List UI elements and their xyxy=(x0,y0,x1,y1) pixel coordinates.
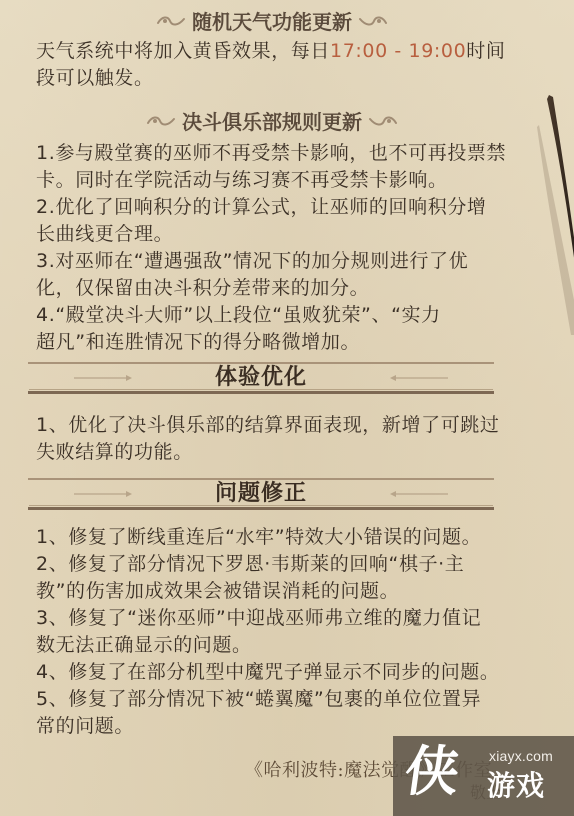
fix-line: 数无法正确显示的问题。 xyxy=(36,632,498,659)
site-watermark: 侠 xiayx.com 游戏 xyxy=(393,736,574,816)
fix-line: 4、修复了在部分机型中魔咒子弹显示不同步的问题。 xyxy=(36,659,498,686)
experience-banner: 体验优化 xyxy=(28,362,494,394)
weather-line-2: 段可以触发。 xyxy=(36,65,498,92)
experience-body: 1、优化了决斗俱乐部的结算界面表现，新增了可跳过 失败结算的功能。 xyxy=(36,412,498,466)
banner-top-divider xyxy=(28,478,494,480)
duel-club-line: 3.对巫师在“遭遇强敌”情况下的加分规则进行了优 xyxy=(36,248,498,275)
fixes-banner: 问题修正 xyxy=(28,478,494,510)
banner-top-divider xyxy=(28,362,494,364)
duel-club-line: 化，仅保留由决斗积分差带来的加分。 xyxy=(36,275,498,302)
experience-line: 1、优化了决斗俱乐部的结算界面表现，新增了可跳过 xyxy=(36,412,498,439)
fix-line: 5、修复了部分情况下被“蜷翼魔”包裹的单位位置异 xyxy=(36,686,498,713)
banner-bottom-divider xyxy=(28,391,494,394)
fix-line: 1、修复了断线重连后“水牢”特效大小错误的问题。 xyxy=(36,524,498,551)
duel-club-line: 4.“殿堂决斗大师”以上段位“虽败犹荣”、“实力 xyxy=(36,302,498,329)
experience-line: 失败结算的功能。 xyxy=(36,439,498,466)
fix-line: 2、修复了部分情况下罗恩·韦斯莱的回响“棋子·主 xyxy=(36,551,498,578)
fix-line: 3、修复了“迷你巫师”中迎战巫师弗立维的魔力值记 xyxy=(36,605,498,632)
swirl-right-icon xyxy=(358,14,388,28)
weather-heading-text: 随机天气功能更新 xyxy=(192,6,352,35)
watermark-site-url: xiayx.com xyxy=(489,748,553,764)
swirl-right-icon xyxy=(368,114,398,128)
duel-club-body: 1.参与殿堂赛的巫师不再受禁卡影响，也不可再投票禁 卡。同时在学院活动与练习赛不… xyxy=(36,140,498,356)
weather-body: 天气系统中将加入黄昏效果，每日17:00 - 19:00时间 段可以触发。 xyxy=(36,38,498,92)
duel-club-section-heading: 决斗俱乐部规则更新 xyxy=(0,106,544,135)
duel-club-line: 超凡”和连胜情况下的得分略微增加。 xyxy=(36,329,498,356)
time-range-highlight: 17:00 - 19:00 xyxy=(330,40,466,62)
weather-text: 段可以触发。 xyxy=(36,67,154,89)
duel-club-line: 1.参与殿堂赛的巫师不再受禁卡影响，也不可再投票禁 xyxy=(36,140,498,167)
duel-club-line: 2.优化了回响积分的计算公式，让巫师的回响积分增 xyxy=(36,194,498,221)
arrow-left-ornament-icon xyxy=(388,375,448,381)
weather-text: 时间 xyxy=(466,40,505,62)
weather-section-heading: 随机天气功能更新 xyxy=(0,6,544,35)
swirl-left-icon xyxy=(146,114,176,128)
duel-club-heading-text: 决斗俱乐部规则更新 xyxy=(182,106,362,135)
patch-notes-page: 随机天气功能更新 天气系统中将加入黄昏效果，每日17:00 - 19:00时间 … xyxy=(0,0,574,816)
banner-bottom-divider xyxy=(28,507,494,510)
quill-pen-icon xyxy=(535,95,574,335)
watermark-brand: 游戏 xyxy=(487,770,545,802)
weather-text: 天气系统中将加入黄昏效果，每日 xyxy=(36,40,330,62)
watermark-logo-glyph: 侠 xyxy=(401,742,463,802)
weather-line-1: 天气系统中将加入黄昏效果，每日17:00 - 19:00时间 xyxy=(36,38,498,65)
duel-club-line: 长曲线更合理。 xyxy=(36,221,498,248)
arrow-left-ornament-icon xyxy=(388,491,448,497)
fixes-body: 1、修复了断线重连后“水牢”特效大小错误的问题。 2、修复了部分情况下罗恩·韦斯… xyxy=(36,524,498,740)
fix-line: 教”的伤害加成效果会被错误消耗的问题。 xyxy=(36,578,498,605)
swirl-left-icon xyxy=(156,14,186,28)
duel-club-line: 卡。同时在学院活动与练习赛不再受禁卡影响。 xyxy=(36,167,498,194)
